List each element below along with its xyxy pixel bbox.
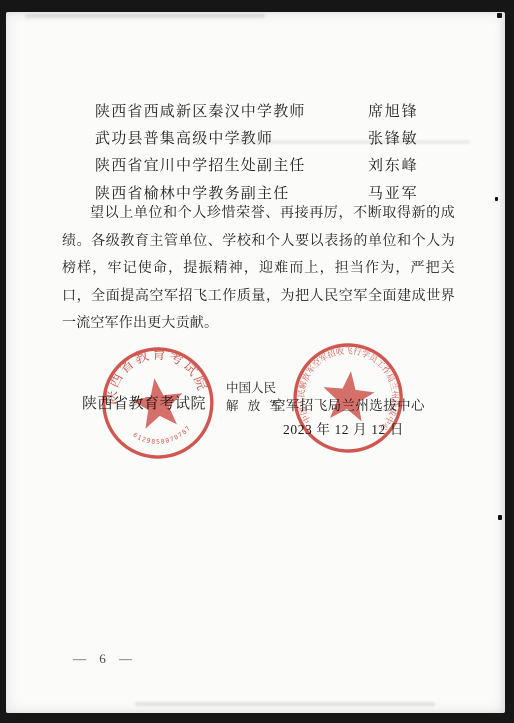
awardee-name: 张锋敏 [368, 126, 418, 153]
awardee-name: 刘东峰 [368, 153, 418, 180]
scan-artifact [135, 702, 435, 706]
seal-code-text: 6129850070787 [131, 424, 195, 450]
star-icon [320, 368, 376, 422]
institution-text: 武功县普集高级中学教师 [95, 126, 273, 153]
document-page: 陕西省西咸新区秦汉中学教师 席旭锋 武功县普集高级中学教师 张锋敏 陕西省宜川中… [6, 12, 505, 713]
awardee-name: 席旭锋 [368, 99, 418, 126]
institution-text: 陕西省宜川中学招生处副主任 [95, 153, 306, 180]
scan-artifact [497, 13, 502, 18]
scanned-document-screenshot: 陕西省西咸新区秦汉中学教师 席旭锋 武功县普集高级中学教师 张锋敏 陕西省宜川中… [0, 0, 514, 723]
body-paragraph: 望以上单位和个人珍惜荣誉、再接再厉，不断取得新的成绩。各级教育主管单位、学校和个… [62, 200, 455, 338]
honor-list-row: 武功县普集高级中学教师 张锋敏 [6, 126, 505, 153]
scan-artifact [498, 515, 502, 520]
institution-text: 陕西省西咸新区秦汉中学教师 [95, 99, 306, 126]
honor-list: 陕西省西咸新区秦汉中学教师 席旭锋 武功县普集高级中学教师 张锋敏 陕西省宜川中… [6, 99, 505, 208]
left-official-seal-icon: 陕西省教育考试院 6129850070787 [90, 336, 226, 472]
page-number: — 6 — [73, 651, 137, 667]
scan-artifact [25, 14, 265, 18]
right-official-seal-icon: 中国人民解放军空军招收飞行学员工作局兰州选拔中心 [284, 335, 411, 462]
honor-list-row: 陕西省西咸新区秦汉中学教师 席旭锋 [6, 99, 505, 126]
honor-list-row: 陕西省宜川中学招生处副主任 刘东峰 [6, 153, 505, 180]
star-icon [129, 375, 187, 430]
